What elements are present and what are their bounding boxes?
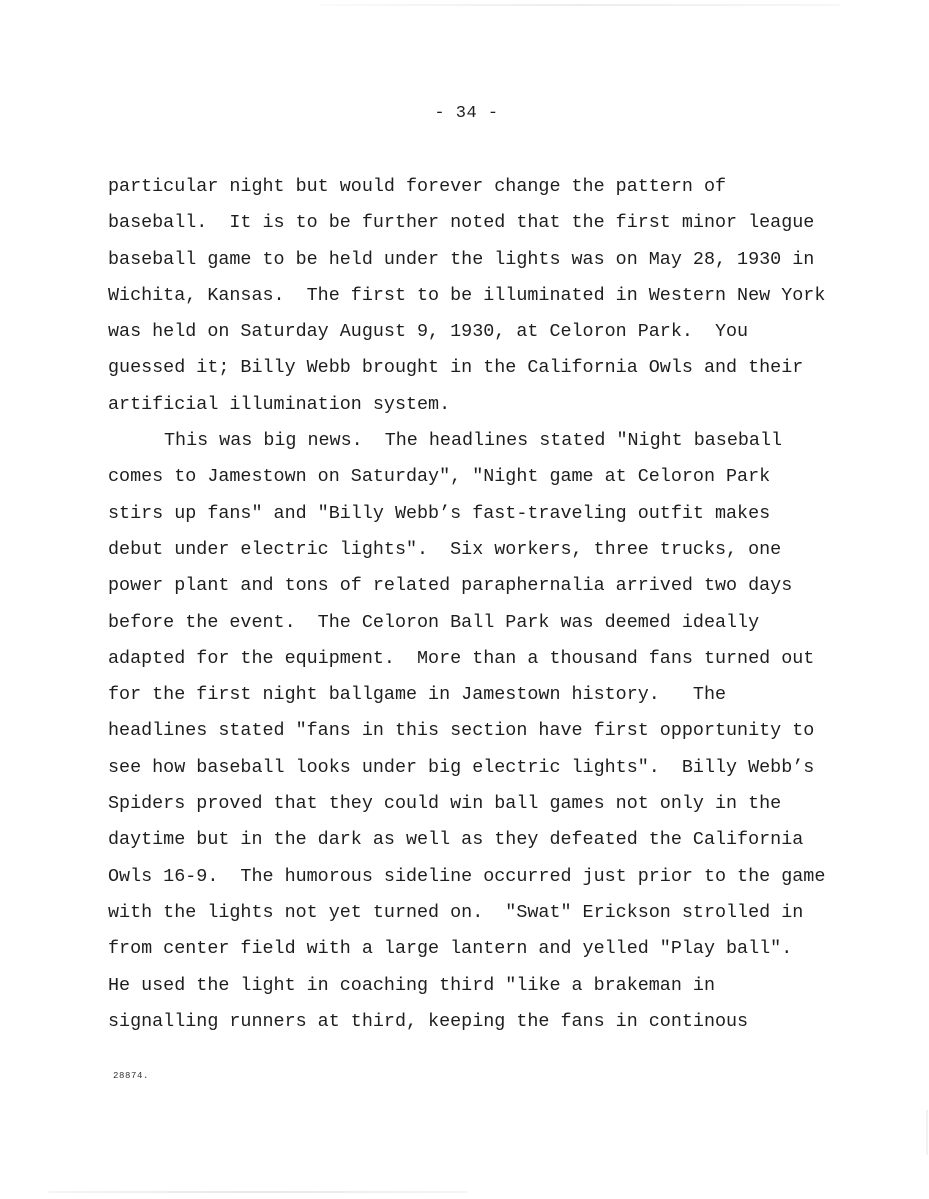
scan-edge-right (926, 1110, 928, 1155)
text-line: artificial illumination system. (108, 394, 868, 430)
text-line: stirs up fans" and "Billy Webb’s fast-tr… (108, 503, 868, 539)
text-line: adapted for the equipment. More than a t… (108, 648, 868, 684)
text-line: power plant and tons of related parapher… (108, 575, 868, 611)
text-line: from center field with a large lantern a… (108, 938, 868, 974)
text-line: with the lights not yet turned on. "Swat… (108, 902, 868, 938)
text-line: was held on Saturday August 9, 1930, at … (108, 321, 868, 357)
scan-edge-top (320, 4, 840, 6)
text-line: signalling runners at third, keeping the… (108, 1011, 868, 1047)
text-line: particular night but would forever chang… (108, 176, 868, 212)
text-line: headlines stated "fans in this section h… (108, 720, 868, 756)
text-line: baseball game to be held under the light… (108, 249, 868, 285)
text-line: He used the light in coaching third "lik… (108, 975, 868, 1011)
text-line: baseball. It is to be further noted that… (108, 212, 868, 248)
text-line: guessed it; Billy Webb brought in the Ca… (108, 357, 868, 393)
text-line: Owls 16-9. The humorous sideline occurre… (108, 866, 868, 902)
text-line: for the first night ballgame in Jamestow… (108, 684, 868, 720)
text-line: debut under electric lights". Six worker… (108, 539, 868, 575)
text-line: daytime but in the dark as well as they … (108, 829, 868, 865)
text-line: comes to Jamestown on Saturday", "Night … (108, 466, 868, 502)
text-line: Spiders proved that they could win ball … (108, 793, 868, 829)
body-text: particular night but would forever chang… (108, 176, 868, 1047)
text-line: This was big news. The headlines stated … (108, 430, 868, 466)
page-number: - 34 - (0, 104, 929, 123)
scan-edge-bottom (48, 1191, 468, 1193)
text-line: see how baseball looks under big electri… (108, 757, 868, 793)
text-line: before the event. The Celoron Ball Park … (108, 612, 868, 648)
document-code: 28874. (113, 1071, 149, 1081)
text-line: Wichita, Kansas. The first to be illumin… (108, 285, 868, 321)
